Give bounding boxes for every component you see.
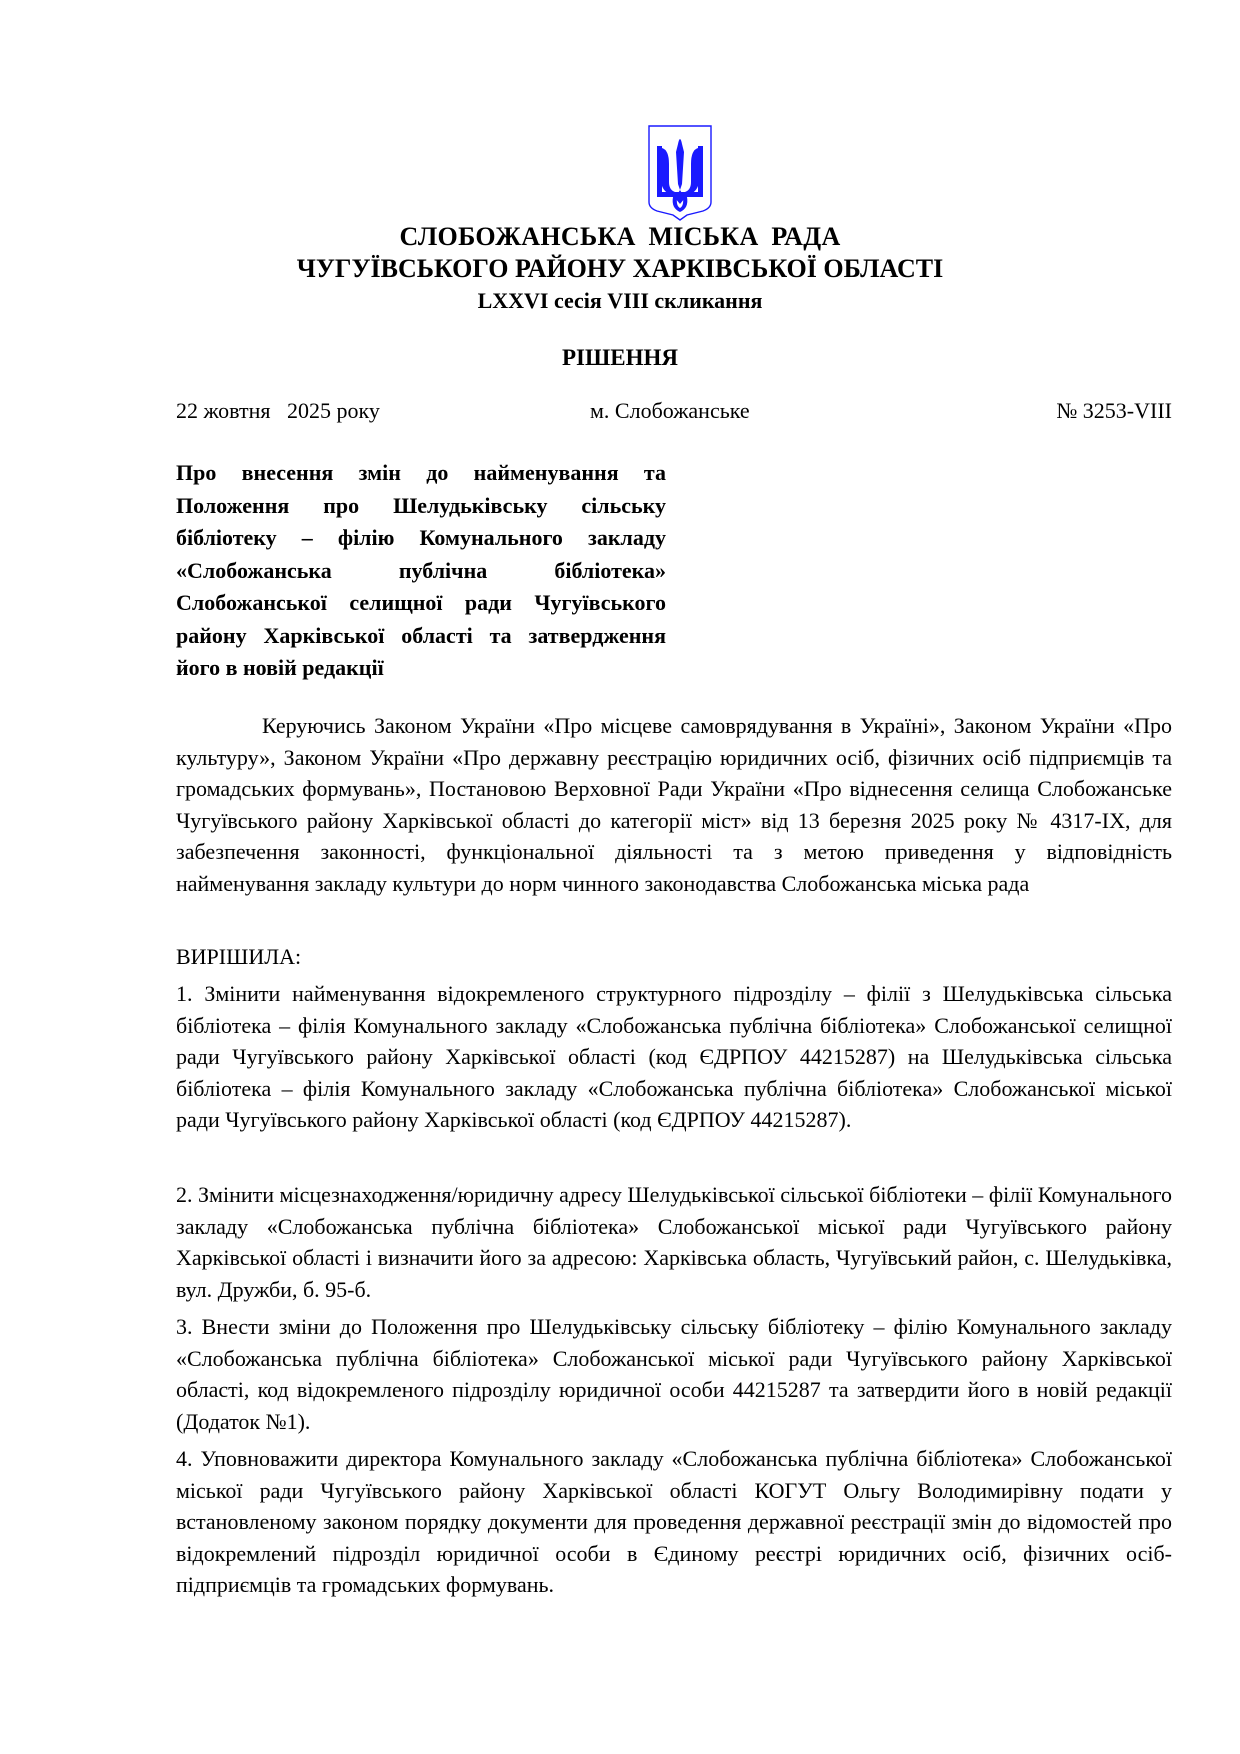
document-page: СЛОБОЖАНСЬКА МІСЬКА РАДА ЧУГУЇВСЬКОГО РА… — [0, 0, 1240, 1754]
resolution-item-2: 2. Змінити місцезнаходження/юридичну адр… — [176, 1179, 1172, 1305]
session-info: LXXVI сесія VIII скликання — [0, 288, 1240, 314]
preamble-paragraph: Керуючись Законом України «Про місцеве с… — [176, 710, 1172, 899]
resolution-item-4: 4. Уповноважити директора Комунального з… — [176, 1443, 1172, 1601]
council-district: ЧУГУЇВСЬКОГО РАЙОНУ ХАРКІВСЬКОЇ ОБЛАСТІ — [0, 254, 1240, 284]
document-meta-row: 22 жовтня 2025 року м. Слобожанське № 32… — [176, 398, 1172, 428]
document-place: м. Слобожанське — [590, 398, 750, 424]
resolved-label: ВИРІШИЛА: — [176, 941, 1172, 973]
document-number: № 3253-VIII — [1056, 398, 1172, 424]
resolution-item-3: 3. Внести зміни до Положення про Шелудьк… — [176, 1311, 1172, 1437]
document-date: 22 жовтня 2025 року — [176, 398, 380, 424]
document-subject: Про внесення змін до найменування та Пол… — [176, 457, 666, 685]
ukraine-trident-coat-of-arms-icon — [647, 124, 713, 221]
document-type-title: РІШЕННЯ — [0, 345, 1240, 371]
council-name: СЛОБОЖАНСЬКА МІСЬКА РАДА — [0, 222, 1240, 252]
resolution-item-1: 1. Змінити найменування відокремленого с… — [176, 978, 1172, 1136]
